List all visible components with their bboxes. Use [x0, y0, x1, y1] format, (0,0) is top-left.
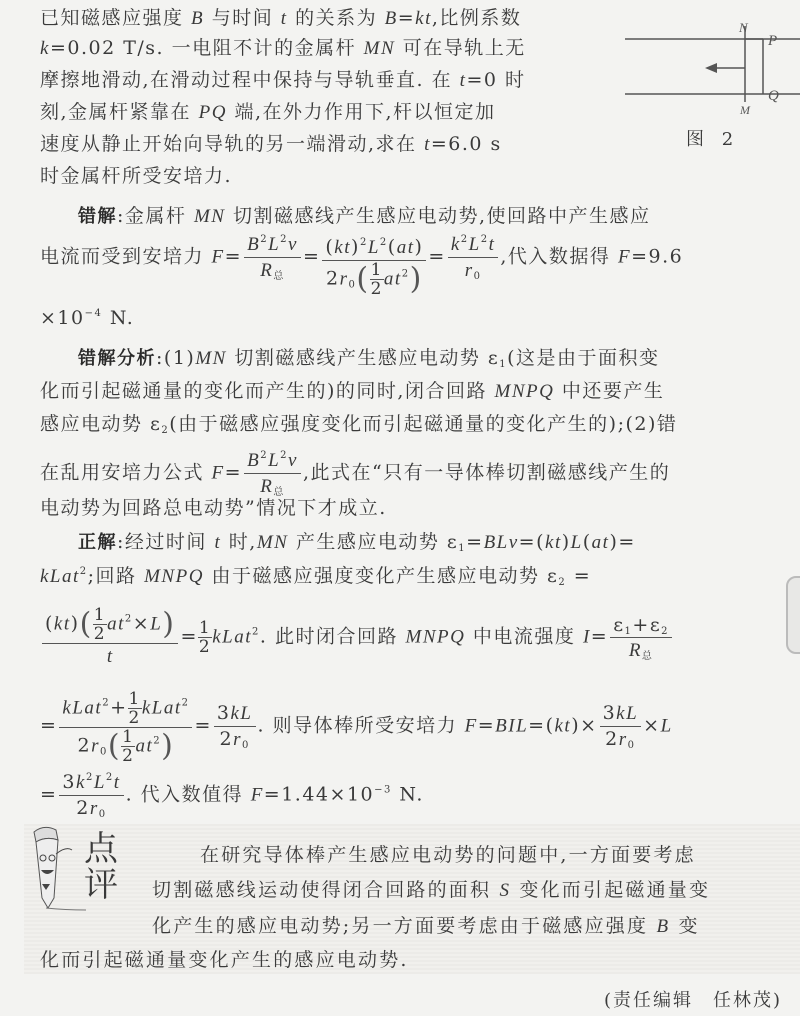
pencil-mascot-icon: [26, 826, 86, 912]
formula-fraction: 3k2L2t2r0: [59, 770, 123, 821]
formula-fraction: 3kL2r0: [214, 701, 256, 752]
correct-solution-line-3: (kt)(12at2×L)t=12kLat2. 此时闭合回路 MNPQ 中电流强…: [40, 606, 674, 669]
wrong-solution-line-3: ×10−4 N.: [40, 306, 134, 330]
document-page: 已知磁感应强度 B 与时间 t 的关系为 B=kt,比例系数 k=0.02 T/…: [0, 0, 800, 1016]
formula-fraction: (kt)(12at2×L)t: [42, 606, 178, 669]
correct-solution-line-2: kLat2;回路 MNPQ 由于磁感应强度变化产生感应电动势 ε2 =: [40, 564, 591, 589]
comment-title-2: 评: [84, 868, 118, 902]
comment-line-2: 切割磁感线运动使得闭合回路的面积 S 变化而引起磁通量变: [152, 878, 710, 903]
problem-line-1: 已知磁感应强度 B 与时间 t 的关系为 B=kt,比例系数: [40, 6, 521, 31]
formula-fraction: B2L2vR总: [244, 448, 301, 499]
figure-caption: 图 2: [686, 125, 739, 151]
correct-solution-label: 正解: [78, 532, 117, 553]
comment-line-4: 化而引起磁通量变化产生的感应电动势.: [40, 948, 409, 972]
svg-text:P: P: [767, 33, 777, 49]
problem-line-2: k=0.02 T/s. 一电阻不计的金属杆 MN 可在导轨上无: [40, 36, 526, 61]
wrong-analysis-line-3: 感应电动势 ε2(由于磁感应强度变化而引起磁通量的变化产生的);(2)错: [40, 412, 677, 436]
wrong-solution-line-2: 电流而受到安培力 F=B2L2vR总=(kt)2L2(at)2r0(12at2)…: [40, 232, 683, 298]
comment-title-1: 点: [84, 832, 118, 866]
comment-line-1: 在研究导体棒产生感应电动势的问题中,一方面要考虑: [200, 843, 696, 867]
wrong-analysis-label: 错解分析: [78, 348, 156, 369]
wrong-analysis-line-5: 电动势为回路总电动势”情况下才成立.: [40, 496, 387, 520]
correct-solution-line-5: =3k2L2t2r0. 代入数值得 F=1.44×10−3 N.: [40, 770, 424, 821]
formula-fraction: (kt)2L2(at)2r0(12at2): [322, 235, 426, 298]
problem-line-3: 摩擦地滑动,在滑动过程中保持与导轨垂直. 在 t=0 时: [40, 68, 526, 93]
correct-solution-line-1: 正解:经过时间 t 时,MN 产生感应电动势 ε1=BLv=(kt)L(at)=: [78, 530, 636, 555]
svg-text:M: M: [739, 103, 751, 117]
page-tab-edge: [786, 576, 800, 654]
problem-line-5: 速度从静止开始向导轨的另一端滑动,求在 t=6.0 s: [40, 132, 502, 157]
svg-text:N: N: [738, 20, 749, 35]
wrong-solution-line-1: 错解:金属杆 MN 切割磁感线产生感应电动势,使回路中产生感应: [78, 204, 651, 229]
wrong-analysis-line-4: 在乱用安培力公式 F=B2L2vR总,此式在“只有一导体棒切割磁感线产生的: [40, 448, 670, 499]
correct-solution-line-4: =kLat2+12kLat22r0(12at2)=3kL2r0. 则导体棒所受安…: [40, 690, 673, 765]
svg-text:Q: Q: [768, 88, 779, 104]
formula-fraction: B2L2vR总: [244, 232, 301, 283]
wrong-analysis-line-1: 错解分析:(1)MN 切割磁感线产生感应电动势 ε1(这是由于面积变: [78, 346, 660, 371]
formula-fraction: ε1+ε2R总: [610, 613, 672, 663]
wrong-analysis-line-2: 化而引起磁通量的变化而产生的)的同时,闭合回路 MNPQ 中还要产生: [40, 379, 664, 404]
formula-fraction: kLat2+12kLat22r0(12at2): [59, 690, 192, 765]
problem-line-4: 刻,金属杆紧靠在 PQ 端,在外力作用下,杆以恒定加: [40, 100, 496, 125]
problem-line-6: 时金属杆所受安培力.: [40, 164, 232, 188]
comment-line-3: 化产生的感应电动势;另一方面要考虑由于磁感应强度 B 变: [152, 914, 700, 939]
editor-credit: (责任编辑 任林茂): [604, 986, 782, 1012]
wrong-solution-label: 错解: [78, 206, 117, 227]
formula-fraction: k2L2tr0: [448, 232, 499, 283]
formula-fraction: 3kL2r0: [600, 701, 642, 752]
